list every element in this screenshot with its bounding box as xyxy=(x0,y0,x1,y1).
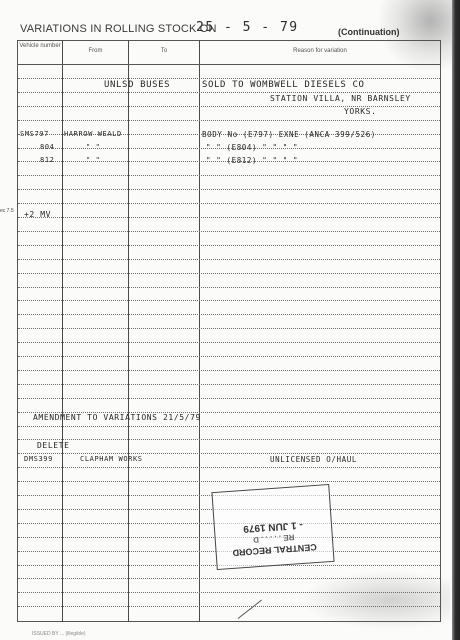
ruled-line xyxy=(18,328,440,329)
ruled-line xyxy=(18,175,440,176)
extra-row-note: +2 MV xyxy=(24,210,51,219)
continuation-label: (Continuation) xyxy=(338,27,399,37)
row-2-from: " " xyxy=(86,143,100,151)
row-2-reason: " " (E804) " " " " xyxy=(206,143,298,152)
amendment-heading: AMENDMENT TO VARIATIONS 21/5/79 xyxy=(33,413,201,422)
ruled-line xyxy=(18,92,440,93)
ruled-line xyxy=(18,106,440,107)
ruled-line xyxy=(18,120,440,121)
ruled-line xyxy=(18,356,440,357)
row-3-from: " " xyxy=(86,156,100,164)
note-county-line: YORKS. xyxy=(344,107,377,116)
ruled-line xyxy=(18,426,440,427)
header-divider xyxy=(17,64,441,65)
ruled-line xyxy=(18,481,440,482)
ruled-line xyxy=(18,398,440,399)
ruled-line xyxy=(18,314,440,315)
header-reason: Reason for variation xyxy=(200,48,440,55)
ruled-line xyxy=(18,439,440,440)
row-1-reason: BODY No (E797) EXNE (ANCA 399/526) xyxy=(202,130,376,139)
ruled-line xyxy=(18,300,440,301)
delete-label: DELETE xyxy=(37,441,70,450)
received-stamp: CENTRAL RECORD RE . . . . . D - 1 JUN 19… xyxy=(211,484,334,570)
note-sold-to: SOLD TO WOMBWELL DIESELS CO xyxy=(202,80,365,90)
document-date: 25 - 5 - 79 xyxy=(196,20,299,35)
row-3-reason: " " (E812) " " " " xyxy=(206,156,298,165)
scanned-document-page: VARIATIONS IN ROLLING STOCK ON 25 - 5 - … xyxy=(0,0,460,640)
ruled-line xyxy=(18,78,440,79)
ruled-line xyxy=(18,189,440,190)
ruled-line xyxy=(18,384,440,385)
note-address-line: STATION VILLA, NR BARNSLEY xyxy=(270,94,411,103)
ruled-line xyxy=(18,578,440,579)
delete-row-reason: UNLICENSED O/HAUL xyxy=(270,455,357,464)
row-3-vehicle: 812 xyxy=(40,156,54,164)
row-1-from: HARROW WEALD xyxy=(64,130,122,138)
header-to: To xyxy=(129,48,199,55)
delete-row-from: CLAPHAM WORKS xyxy=(80,455,143,463)
ruled-line xyxy=(18,259,440,260)
footer-print: ISSUED BY ... (illegible) xyxy=(32,631,86,637)
note-unlsd-buses: UNLSD BUSES xyxy=(104,80,170,90)
ruled-line xyxy=(18,606,440,607)
ruled-line xyxy=(18,217,440,218)
header-vehicle-number: Vehicle number xyxy=(18,43,62,50)
scan-edge-shadow xyxy=(452,0,460,640)
ruled-line xyxy=(18,231,440,232)
ruled-line xyxy=(18,203,440,204)
ruled-line xyxy=(18,592,440,593)
row-2-vehicle: 804 xyxy=(40,143,54,151)
ruled-line xyxy=(18,370,440,371)
row-1-vehicle: SMS797 xyxy=(20,130,49,138)
ruled-line xyxy=(18,245,440,246)
delete-row-vehicle: DMS399 xyxy=(24,455,53,463)
ruled-line xyxy=(18,342,440,343)
header-from: From xyxy=(63,48,128,55)
ruled-line xyxy=(18,273,440,274)
ruled-line xyxy=(18,467,440,468)
document-title: VARIATIONS IN ROLLING STOCK ON xyxy=(20,23,217,35)
ruled-line xyxy=(18,287,440,288)
margin-note: ec 7.5 xyxy=(0,208,14,214)
